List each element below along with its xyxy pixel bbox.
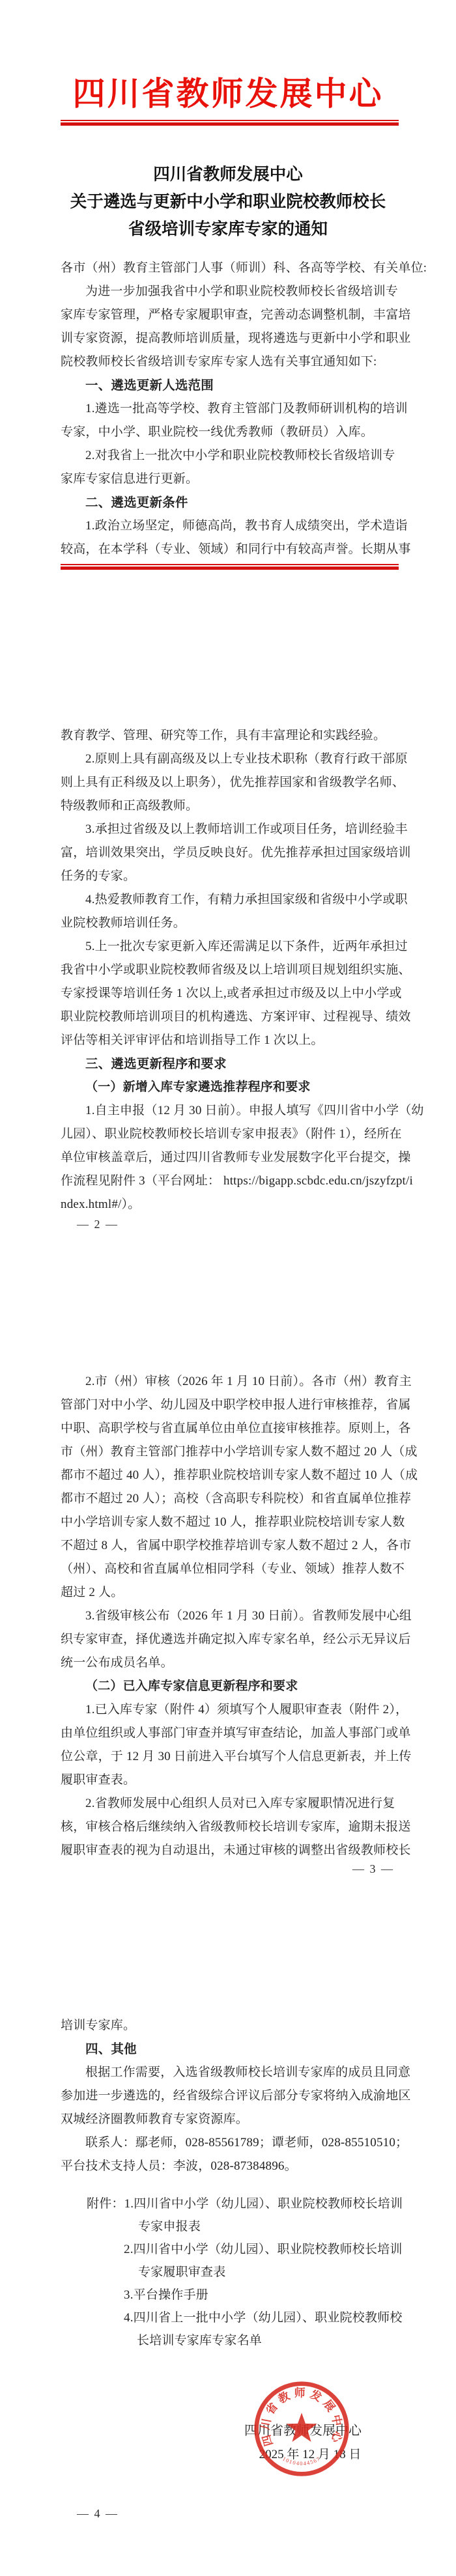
text-line: （州）、高校和省直属单位相同学科（专业、领域）推荐人数不 <box>61 1558 416 1581</box>
text-line: 统一公布成员名单。 <box>61 1651 416 1675</box>
text-line: 儿园）、职业院校教师校长培训专家申报表》（附件 1），经所在 <box>61 1123 416 1146</box>
text-line: 长培训专家库专家名单 <box>61 2329 425 2352</box>
text-line: 家库专家信息进行更新。 <box>61 468 416 491</box>
text-line: 专家申报表 <box>61 2215 425 2238</box>
text-line: 联系人：鄢老师，028-85561789；谭老师，028-85510510； <box>61 2131 416 2155</box>
text-line: 中小学培训专家人数不超过 10 人，推荐职业院校培训专家人数 <box>61 1511 416 1534</box>
text-line: 2.对我省上一批次中小学和职业院校教师校长省级培训专 <box>61 444 416 468</box>
page-2: 教育教学、管理、研究等工作，具有丰富理论和实践经验。2.原则上具有副高级及以上专… <box>0 644 456 1288</box>
page1-body: 各市（州）教育主管部门人事（师训）科、各高等学校、有关单位:为进一步加强我省中小… <box>61 257 416 561</box>
title-line-2: 关于遴选与更新中小学和职业院校教师校长 <box>0 188 456 216</box>
text-line: （一）新增入库专家遴选推荐程序和要求 <box>61 1076 416 1099</box>
text-line: 管部门对中小学、幼儿园及中职学校申报人进行审核推荐，省属 <box>61 1393 416 1417</box>
text-line: 核，审核合格后继续纳入省级教师校长培训专家库，逾期未报送 <box>61 1815 416 1839</box>
page-3: 2.市（州）审核（2026 年 1 月 10 日前）。各市（州）教育主管部门对中… <box>0 1288 456 1932</box>
text-line: 履职审查表的视为自动退出，未通过审核的调整出省级教师校长 <box>61 1839 416 1862</box>
text-line: 由单位组织或人事部门审查并填写审查结论，加盖人事部门或单 <box>61 1722 416 1745</box>
text-line: 附件：1.四川省中小学（幼儿园）、职业院校教师校长培训 <box>61 2192 425 2215</box>
text-line: 市（州）教育主管部门推荐中小学培训专家人数不超过 20 人（成 <box>61 1440 416 1464</box>
text-line: 2.省教师发展中心组织人员对已入库专家履职情况进行复 <box>61 1792 416 1815</box>
letterhead-org: 四川省教师发展中心 <box>0 73 456 115</box>
text-line: 3.承担过省级及以上教师培训工作或项目任务，培训经验丰 <box>61 818 416 841</box>
text-line: 训专家资源，提高教师培训质量，现将遴选与更新中小学和职业 <box>61 327 416 350</box>
text-line: 专家，中小学、职业院校一线优秀教师（教研员）入库。 <box>61 421 416 444</box>
rule-thick <box>61 567 399 570</box>
text-line: 都市不超过 40 人），推荐职业院校培训专家人数不超过 10 人（成 <box>61 1464 416 1487</box>
text-line: 1.政治立场坚定，师德高尚，教书育人成绩突出，学术造诣 <box>61 514 416 538</box>
text-line: 2.四川省中小学（幼儿园）、职业院校教师校长培训 <box>61 2238 425 2261</box>
page3-body: 2.市（州）审核（2026 年 1 月 10 日前）。各市（州）教育主管部门对中… <box>61 1288 416 1862</box>
text-line: 3.平台操作手册 <box>61 2284 425 2306</box>
rule-thick <box>61 122 399 126</box>
footer-double-rule <box>61 564 399 570</box>
text-line: 则上具有正科级及以上职务），优先推荐国家和省级教学名师、 <box>61 771 416 794</box>
page-number-2: — 2 — <box>77 1218 119 1231</box>
text-line: 1.遴选一批高等学校、教育主管部门及教师研训机构的培训 <box>61 397 416 421</box>
text-line: 为进一步加强我省中小学和职业院校教师校长省级培训专 <box>61 280 416 303</box>
text-line: 院校教师校长省级培训专家库专家人选有关事宜通知如下: <box>61 350 416 374</box>
text-line: 二、遴选更新条件 <box>61 491 416 514</box>
text-line: 教育教学、管理、研究等工作，具有丰富理论和实践经验。 <box>61 724 416 748</box>
official-notice-document: 四川省教师发展中心 四川省教师发展中心 关于遴选与更新中小学和职业院校教师校长 … <box>0 0 456 2576</box>
text-line: 三、遴选更新程序和要求 <box>61 1052 416 1076</box>
text-line: 评估等相关评审评估和培训指导工作 1 次以上。 <box>61 1029 416 1052</box>
page-number-4: — 4 — <box>77 2507 119 2521</box>
official-seal: 四川省教师发展中心 5101040445677 <box>252 2379 351 2478</box>
text-line: 各市（州）教育主管部门人事（师训）科、各高等学校、有关单位: <box>61 257 416 280</box>
page-number-3: — 3 — <box>352 1862 394 1876</box>
text-line: 培训专家库。 <box>61 2014 416 2037</box>
text-line: 富，培训效果突出，学员反映良好。优先推荐承担过国家级培训 <box>61 841 416 865</box>
text-line: 2.原则上具有副高级及以上专业技术职称（教育行政干部原 <box>61 748 416 771</box>
text-line: 3.省级审核公布（2026 年 1 月 30 日前）。省教师发展中心组 <box>61 1604 416 1628</box>
text-line: 家库专家管理，严格专家履职审查，完善动态调整机制，丰富培 <box>61 303 416 327</box>
text-line: 我省中小学或职业院校教师省级及以上培训项目规划组织实施、 <box>61 959 416 982</box>
text-line: （二）已入库专家信息更新程序和要求 <box>61 1675 416 1698</box>
title-line-1: 四川省教师发展中心 <box>0 161 456 188</box>
text-line: 一、遴选更新人选范围 <box>61 374 416 397</box>
text-line: 5.上一批次专家更新入库还需满足以下条件，近两年承担过 <box>61 935 416 959</box>
text-line: 平台技术支持人员：李波，028-87384896。 <box>61 2155 416 2178</box>
text-line: 超过 2 人。 <box>61 1581 416 1604</box>
header-double-rule <box>61 120 399 126</box>
star-icon <box>287 2413 317 2442</box>
text-line: 参加进一步遴选的，经省级综合评议后部分专家将纳入成渝地区 <box>61 2084 416 2108</box>
page-1: 四川省教师发展中心 四川省教师发展中心 关于遴选与更新中小学和职业院校教师校长 … <box>0 0 456 644</box>
text-line: 履职审查表。 <box>61 1769 416 1792</box>
text-line: 较高，在本学科（专业、领域）和同行中有较高声誉。长期从事 <box>61 538 416 561</box>
text-line: 单位审核盖章后，通过四川省教师专业发展数字化平台提交，操 <box>61 1146 416 1169</box>
text-line: 四、其他 <box>61 2037 416 2061</box>
text-line: 位公章，于 12 月 30 日前进入平台填写个人信息更新表，并上传 <box>61 1745 416 1769</box>
text-line: 专家履职审查表 <box>61 2261 425 2284</box>
attachment-list: 附件：1.四川省中小学（幼儿园）、职业院校教师校长培训专家申报表2.四川省中小学… <box>61 2192 425 2352</box>
text-line: 4.热爱教师教育工作，有精力承担国家级和省级中小学或职 <box>61 888 416 912</box>
text-line: ndex.html#/）。 <box>61 1193 416 1216</box>
text-line: 双城经济圈教师教育专家资源库。 <box>61 2108 416 2131</box>
document-title: 四川省教师发展中心 关于遴选与更新中小学和职业院校教师校长 省级培训专家库专家的… <box>0 161 456 243</box>
text-line: 都市不超过 20 人）；高校（含高职专科院校）和省直属单位推荐 <box>61 1487 416 1511</box>
text-line: 作流程见附件 3（平台网址： https://bigapp.scbdc.edu.… <box>61 1169 416 1193</box>
text-line: 中职、高职学校与省直属单位由单位直接审核推荐。原则上，各 <box>61 1417 416 1440</box>
text-line: 1.自主申报（12 月 30 日前）。申报人填写《四川省中小学（幼 <box>61 1099 416 1123</box>
page4-body: 培训专家库。四、其他根据工作需要，入选省级教师校长培训专家库的成员且同意参加进一… <box>61 1932 416 2178</box>
text-line: 特级教师和正高级教师。 <box>61 794 416 818</box>
text-line: 4.四川省上一批中小学（幼儿园）、职业院校教师校 <box>61 2306 425 2329</box>
text-line: 不超过 8 人，省属中职学校推荐培训专家人数不超过 2 人，各市 <box>61 1534 416 1558</box>
text-line: 任务的专家。 <box>61 865 416 888</box>
text-line: 业院校教师培训任务。 <box>61 912 416 935</box>
text-line: 织专家审查，择优遴选并确定拟入库专家名单，经公示无异议后 <box>61 1628 416 1651</box>
title-line-3: 省级培训专家库专家的通知 <box>0 216 456 243</box>
page2-body: 教育教学、管理、研究等工作，具有丰富理论和实践经验。2.原则上具有副高级及以上专… <box>61 644 416 1216</box>
page-4: 培训专家库。四、其他根据工作需要，入选省级教师校长培训专家库的成员且同意参加进一… <box>0 1932 456 2576</box>
text-line: 根据工作需要，入选省级教师校长培训专家库的成员且同意 <box>61 2061 416 2084</box>
text-line: 2.市（州）审核（2026 年 1 月 10 日前）。各市（州）教育主 <box>61 1370 416 1393</box>
text-line: 1.已入库专家（附件 4）须填写个人履职审查表（附件 2）， <box>61 1698 416 1722</box>
text-line: 专家授课等培训任务 1 次以上,或者承担过市级及以上中小学或 <box>61 982 416 1005</box>
text-line: 职业院校教师培训项目的机构遴选、方案评审、过程视导、绩效 <box>61 1005 416 1029</box>
